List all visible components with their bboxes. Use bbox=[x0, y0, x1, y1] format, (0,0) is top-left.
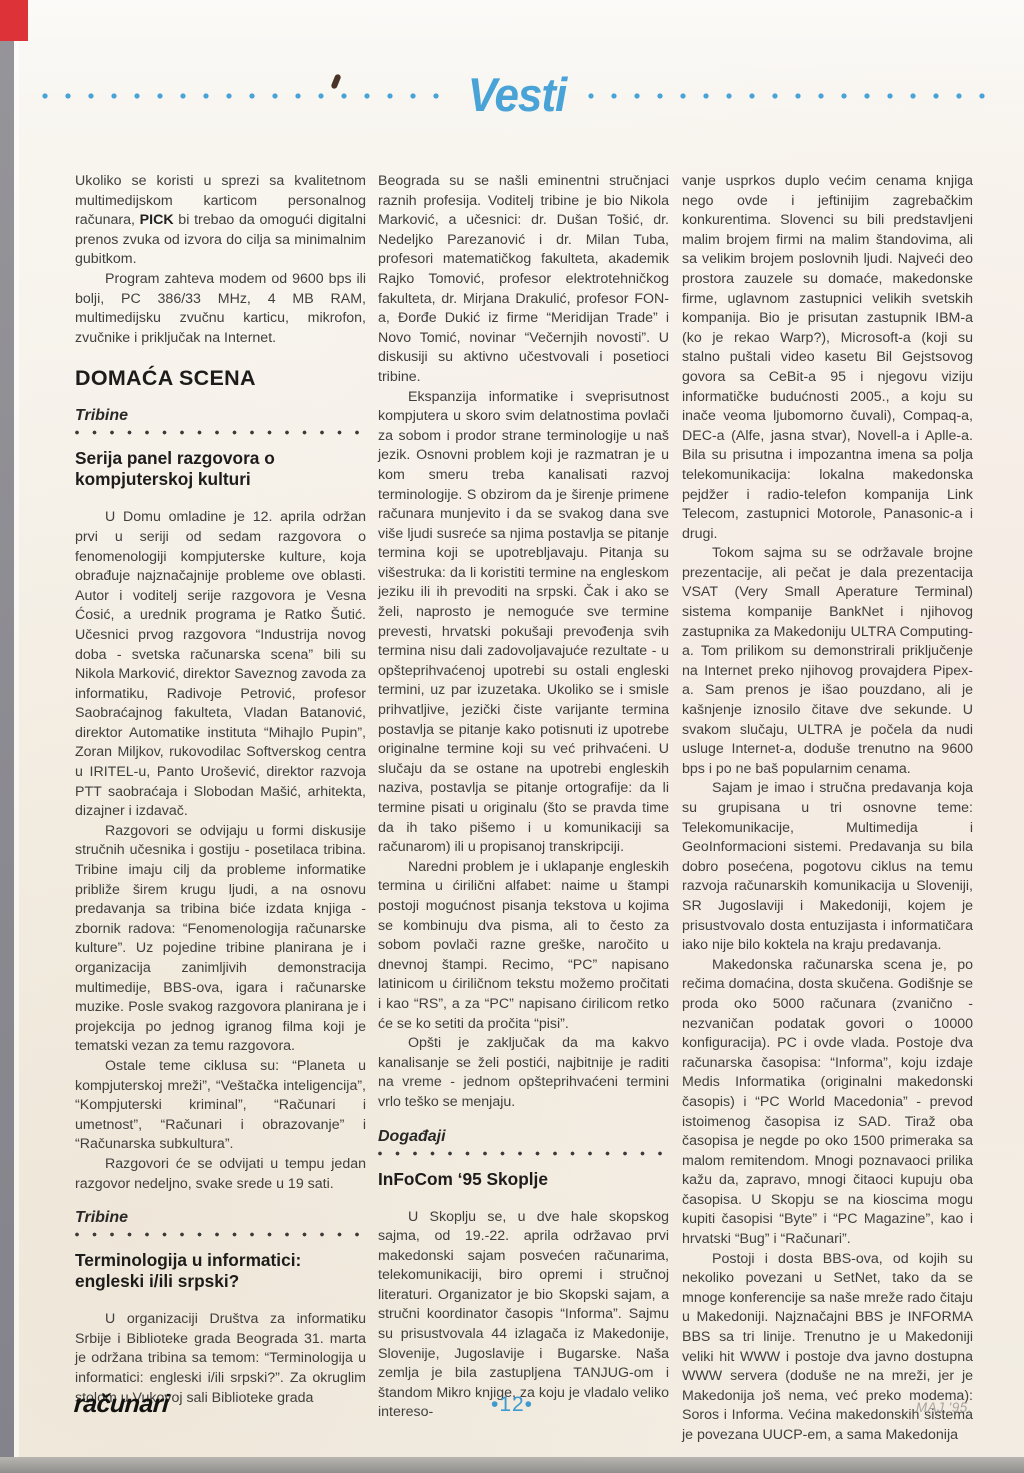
kicker-label: Događaji bbox=[378, 1127, 669, 1146]
paragraph: Program zahteva modem od 9600 bps ili bo… bbox=[75, 270, 366, 348]
paragraph: Opšti je zaključak da ma kakvo kanalisan… bbox=[378, 1034, 669, 1112]
paragraph: vanje usprkos duplo većim cenama knjiga … bbox=[682, 172, 973, 544]
bold-product-name: PICK bbox=[140, 212, 174, 228]
paragraph: Ukoliko se koristi u sprezi sa kvalitetn… bbox=[75, 172, 366, 270]
red-corner-mark bbox=[0, 0, 28, 41]
paragraph: Ostale teme ciklusa su: “Planeta u kompj… bbox=[75, 1057, 366, 1155]
page-number: •12• bbox=[0, 1393, 1024, 1417]
column-2: Beograda su se našli eminentni stručnjac… bbox=[378, 172, 669, 1423]
scan-edge-bottom bbox=[0, 1457, 1024, 1473]
paragraph: Razgovori se odvijaju u formi diskusije … bbox=[75, 822, 366, 1057]
section-title: Vesti bbox=[468, 72, 567, 120]
kicker-label: Tribine bbox=[75, 1208, 366, 1227]
article-title: InFoCom ‘95 Skoplje bbox=[378, 1169, 669, 1190]
dotted-rule-right bbox=[588, 91, 992, 101]
article-title: Serija panel razgovora o kompjuterskoj k… bbox=[75, 448, 366, 490]
paragraph: Tokom sajma su se održavale brojne preze… bbox=[682, 544, 973, 779]
dotted-rule bbox=[75, 1231, 366, 1238]
dotted-rule bbox=[75, 429, 366, 436]
scan-edge-left bbox=[0, 0, 14, 1473]
column-3: vanje usprkos duplo većim cenama knjiga … bbox=[682, 172, 973, 1446]
section-heading: DOMAĆA SCENA bbox=[75, 366, 366, 390]
section-header: Vesti bbox=[42, 66, 992, 126]
paragraph: Makedonska računarska scena je, po rečim… bbox=[682, 956, 973, 1250]
scan-edge-sliver bbox=[14, 0, 19, 1473]
dotted-rule-left bbox=[42, 91, 446, 101]
paragraph: Ekspanzija informatike i sveprisutnost k… bbox=[378, 388, 669, 858]
dotted-rule bbox=[378, 1150, 669, 1157]
article-title: Terminologija u informatici: engleski i/… bbox=[75, 1250, 366, 1292]
paragraph: Sajam je imao i stručna predavanja koja … bbox=[682, 779, 973, 955]
paragraph: U Domu omladine je 12. aprila održan prv… bbox=[75, 508, 366, 822]
paragraph: U Skoplju se, u dve hale skopskog sajma,… bbox=[378, 1208, 669, 1424]
paragraph: Razgovori će se odvijati u tempu jedan r… bbox=[75, 1155, 366, 1194]
kicker-label: Tribine bbox=[75, 406, 366, 425]
column-1: Ukoliko se koristi u sprezi sa kvalitetn… bbox=[75, 172, 366, 1408]
magazine-page: Vesti Ukoliko se koristi u sprezi sa kva… bbox=[0, 0, 1024, 1473]
issue-date: MAJ '95. bbox=[916, 1400, 972, 1415]
paragraph: Naredni problem je i uklapanje engleskih… bbox=[378, 858, 669, 1034]
paragraph: Beograda su se našli eminentni stručnjac… bbox=[378, 172, 669, 388]
